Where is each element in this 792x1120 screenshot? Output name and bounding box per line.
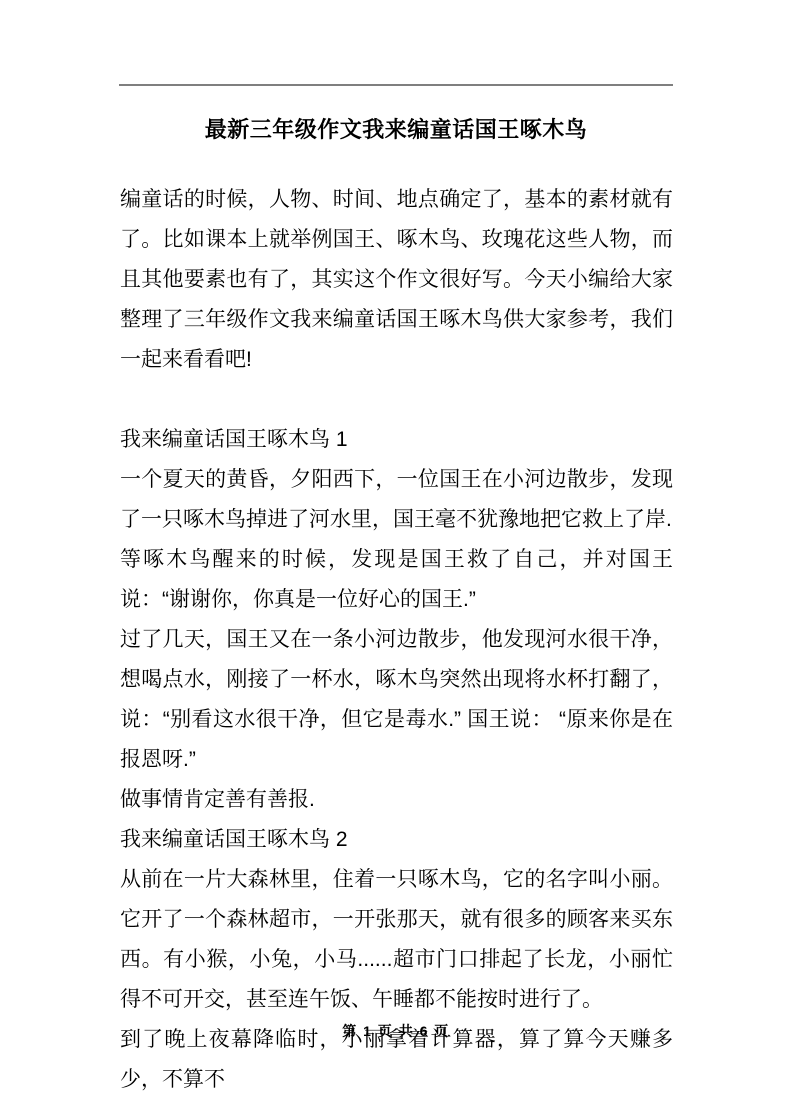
intro-paragraph: 编童话的时候，人物、时间、地点确定了，基本的素材就有了。比如课本上就举例国王、啄… (120, 180, 673, 380)
document-title: 最新三年级作文我来编童话国王啄木鸟 (120, 114, 672, 146)
document-body: 编童话的时候，人物、时间、地点确定了，基本的素材就有了。比如课本上就举例国王、啄… (120, 180, 673, 1100)
section-1-paragraph: 做事情肯定善有善报. (120, 780, 673, 820)
page-number-footer: 第 1 页 共 6 页 (0, 1021, 792, 1041)
section-2-paragraph: 从前在一片大森林里，住着一只啄木鸟，它的名字叫小丽。它开了一个森林超市，一开张那… (120, 860, 673, 1020)
document-page: 最新三年级作文我来编童话国王啄木鸟 编童话的时候，人物、时间、地点确定了，基本的… (0, 0, 792, 1120)
header-rule (119, 84, 673, 86)
section-1-paragraph: 过了几天，国王又在一条小河边散步，他发现河水很干净，想喝点水，刚接了一杯水，啄木… (120, 620, 673, 780)
section-1-paragraph: 一个夏天的黄昏，夕阳西下，一位国王在小河边散步，发现了一只啄木鸟掉进了河水里，国… (120, 460, 673, 540)
section-1-paragraph: 等啄木鸟醒来的时候，发现是国王救了自己，并对国王说：“谢谢你，你真是一位好心的国… (120, 540, 673, 620)
section-1-heading: 我来编童话国王啄木鸟 1 (120, 420, 673, 460)
section-2-heading: 我来编童话国王啄木鸟 2 (120, 820, 673, 860)
